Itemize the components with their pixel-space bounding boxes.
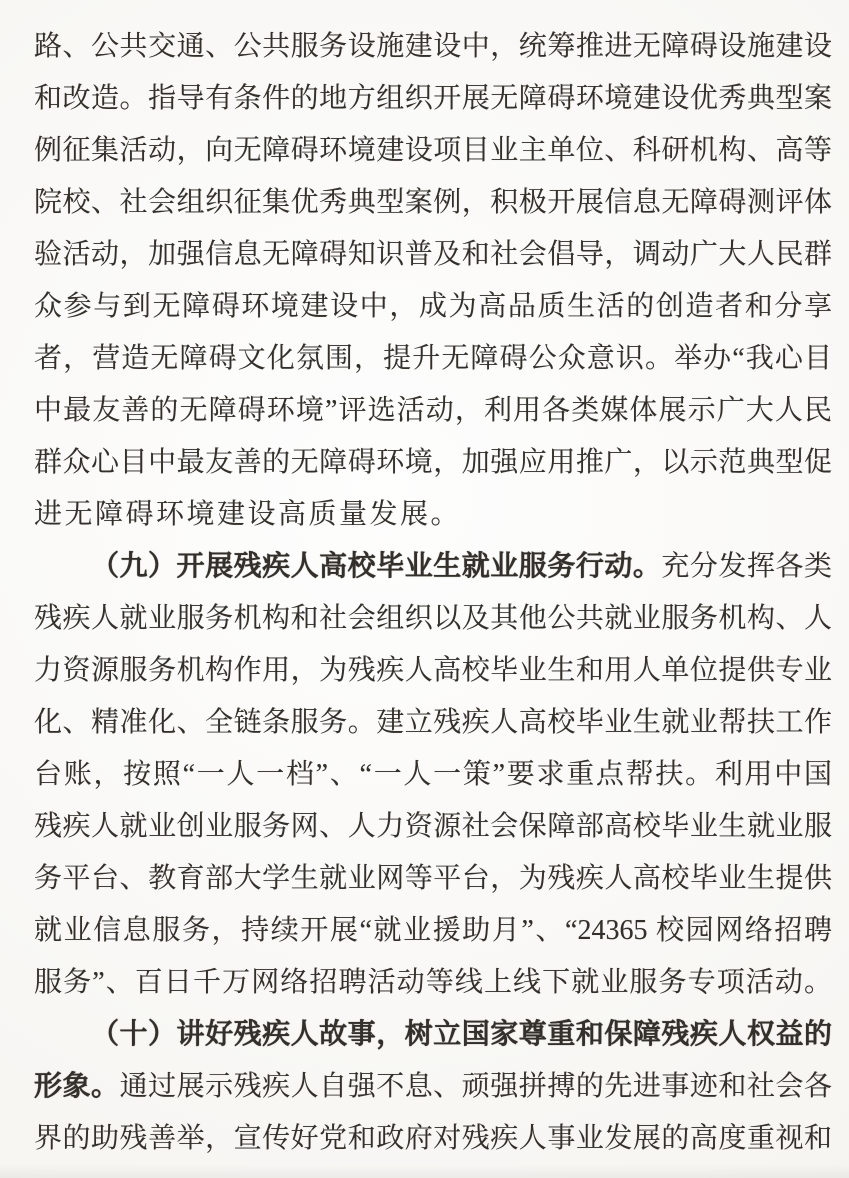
text-segment: 路、公共交通、公共服务设施建设中，统筹推进无障碍设施建设 (34, 31, 832, 62)
text-line: （九）开展残疾人高校毕业生就业服务行动。充分发挥各类 (34, 541, 832, 593)
text-segment: 化、精准化、全链条服务。建立残疾人高校毕业生就业帮扶工作 (34, 707, 832, 738)
text-segment: 力资源服务机构作用，为残疾人高校毕业生和用人单位提供专业 (34, 655, 832, 686)
text-line: 台账，按照“一人一档”、“一人一策”要求重点帮扶。利用中国 (34, 749, 832, 801)
text-line: 形象。通过展示残疾人自强不息、顽强拼搏的先进事迹和社会各 (34, 1061, 832, 1113)
text-segment: 通过展示残疾人自强不息、顽强拼搏的先进事迹和社会各 (120, 1071, 832, 1102)
text-segment: 群众心目中最友善的无障碍环境，加强应用推广，以示范典型促 (34, 447, 832, 478)
text-line: 众参与到无障碍环境建设中，成为高品质生活的创造者和分享 (34, 281, 832, 333)
text-line: 力资源服务机构作用，为残疾人高校毕业生和用人单位提供专业 (34, 645, 832, 697)
bold-heading-segment: （九）开展残疾人高校毕业生就业服务行动。 (91, 551, 661, 582)
text-segment: 中最友善的无障碍环境”评选活动，利用各类媒体展示广大人民 (34, 395, 832, 426)
text-segment: 务平台、教育部大学生就业网等平台，为残疾人高校毕业生提供 (34, 863, 832, 894)
text-line: 院校、社会组织征集优秀典型案例，积极开展信息无障碍测评体 (34, 177, 832, 229)
document-body: 路、公共交通、公共服务设施建设中，统筹推进无障碍设施建设和改造。指导有条件的地方… (34, 21, 832, 1165)
text-segment: 例征集活动，向无障碍环境建设项目业主单位、科研机构、高等 (34, 135, 832, 166)
paragraph-accessible-environment-continuation: 路、公共交通、公共服务设施建设中，统筹推进无障碍设施建设和改造。指导有条件的地方… (34, 21, 832, 541)
text-line: 群众心目中最友善的无障碍环境，加强应用推广，以示范典型促 (34, 437, 832, 489)
text-line: 界的助残善举，宣传好党和政府对残疾人事业发展的高度重视和 (34, 1113, 832, 1165)
text-segment: 众参与到无障碍环境建设中，成为高品质生活的创造者和分享 (34, 291, 832, 322)
paragraph-item-ten-tell-stories-of-disabled-persons: （十）讲好残疾人故事，树立国家尊重和保障残疾人权益的形象。通过展示残疾人自强不息… (34, 1009, 832, 1165)
text-segment: 台账，按照“一人一档”、“一人一策”要求重点帮扶。利用中国 (34, 759, 832, 790)
text-segment: 服务”、百日千万网络招聘活动等线上线下就业服务专项活动。 (34, 967, 832, 998)
text-line: 残疾人就业服务机构和社会组织以及其他公共就业服务机构、人 (34, 593, 832, 645)
text-segment: 就业信息服务，持续开展“就业援助月”、“24365 校园网络招聘 (34, 915, 832, 946)
bold-heading-segment: 形象。 (34, 1071, 120, 1102)
scanned-document-page: 路、公共交通、公共服务设施建设中，统筹推进无障碍设施建设和改造。指导有条件的地方… (0, 0, 849, 1178)
text-segment: 残疾人就业创业服务网、人力资源社会保障部高校毕业生就业服 (34, 811, 832, 842)
text-line: 化、精准化、全链条服务。建立残疾人高校毕业生就业帮扶工作 (34, 697, 832, 749)
text-line: 残疾人就业创业服务网、人力资源社会保障部高校毕业生就业服 (34, 801, 832, 853)
text-line: 例征集活动，向无障碍环境建设项目业主单位、科研机构、高等 (34, 125, 832, 177)
text-segment: 残疾人就业服务机构和社会组织以及其他公共就业服务机构、人 (34, 603, 832, 634)
text-line: 路、公共交通、公共服务设施建设中，统筹推进无障碍设施建设 (34, 21, 832, 73)
text-segment: 院校、社会组织征集优秀典型案例，积极开展信息无障碍测评体 (34, 187, 832, 218)
text-segment: 进无障碍环境建设高质量发展。 (34, 499, 461, 530)
bold-heading-segment: （十）讲好残疾人故事，树立国家尊重和保障残疾人权益的 (91, 1019, 832, 1050)
text-line: （十）讲好残疾人故事，树立国家尊重和保障残疾人权益的 (34, 1009, 832, 1061)
text-line: 中最友善的无障碍环境”评选活动，利用各类媒体展示广大人民 (34, 385, 832, 437)
text-line: 者，营造无障碍文化氛围，提升无障碍公众意识。举办“我心目 (34, 333, 832, 385)
text-line: 服务”、百日千万网络招聘活动等线上线下就业服务专项活动。 (34, 957, 832, 1009)
text-segment: 验活动，加强信息无障碍知识普及和社会倡导，调动广大人民群 (34, 239, 832, 270)
text-line: 就业信息服务，持续开展“就业援助月”、“24365 校园网络招聘 (34, 905, 832, 957)
text-segment: 界的助残善举，宣传好党和政府对残疾人事业发展的高度重视和 (34, 1123, 832, 1154)
text-line: 验活动，加强信息无障碍知识普及和社会倡导，调动广大人民群 (34, 229, 832, 281)
text-segment: 者，营造无障碍文化氛围，提升无障碍公众意识。举办“我心目 (34, 343, 832, 374)
text-segment: 充分发挥各类 (661, 551, 832, 582)
paragraph-item-nine-graduate-employment-services: （九）开展残疾人高校毕业生就业服务行动。充分发挥各类残疾人就业服务机构和社会组织… (34, 541, 832, 1009)
text-segment: 和改造。指导有条件的地方组织开展无障碍环境建设优秀典型案 (34, 83, 832, 114)
text-line: 进无障碍环境建设高质量发展。 (34, 489, 832, 541)
text-line: 务平台、教育部大学生就业网等平台，为残疾人高校毕业生提供 (34, 853, 832, 905)
text-line: 和改造。指导有条件的地方组织开展无障碍环境建设优秀典型案 (34, 73, 832, 125)
